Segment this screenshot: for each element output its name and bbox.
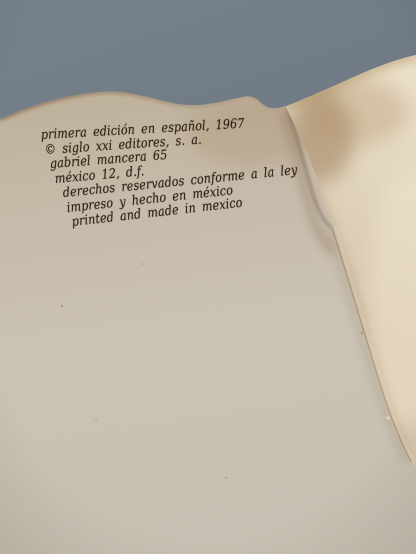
photo-scene: [0, 0, 416, 554]
colophon-text-block: primera edición en español, 1967 © siglo…: [41, 129, 343, 231]
vignette: [0, 0, 416, 554]
book-page-photo: primera edición en español, 1967 © siglo…: [0, 0, 416, 554]
